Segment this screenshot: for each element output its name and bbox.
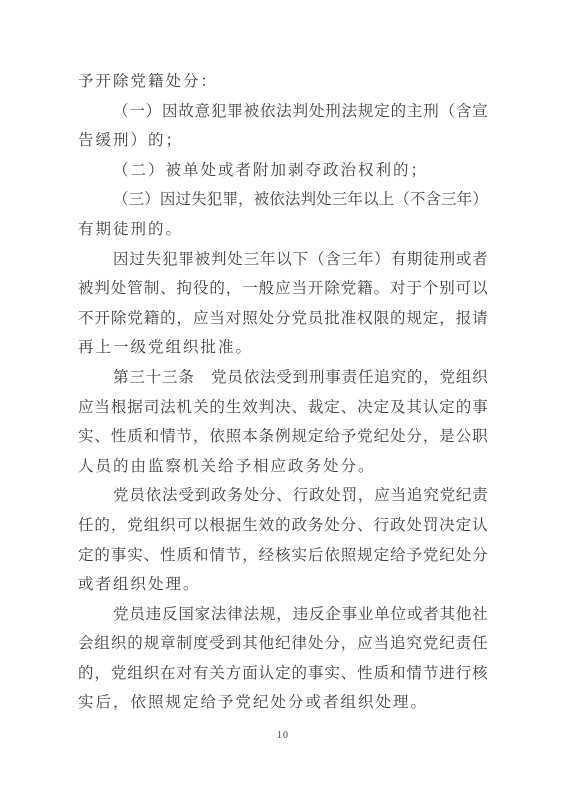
char: 刑	[423, 97, 439, 127]
char: 规	[291, 422, 307, 452]
char: 因	[113, 245, 129, 275]
char: 法	[276, 97, 292, 127]
char: 判	[94, 274, 110, 304]
char: 政	[291, 511, 307, 541]
char: 应	[78, 393, 94, 423]
char: 认	[423, 393, 439, 423]
char: 定	[439, 393, 455, 423]
char: 期	[407, 245, 423, 275]
char: 处	[309, 97, 325, 127]
text-line: 定的事实、性质和情节，经核实后依照规定给予党纪处分	[78, 541, 488, 571]
char: 。	[374, 274, 390, 304]
char: 被	[244, 97, 260, 127]
char: 依	[269, 185, 285, 215]
text-line: 被判处管制、拘役的，一般应当开除党籍。对于个别可以	[78, 274, 488, 304]
char: 员	[129, 600, 145, 630]
char: 关	[193, 393, 209, 423]
char: 处	[325, 481, 341, 511]
char: 刑	[309, 363, 325, 393]
document-page: 予开除党籍处分：（一）因故意犯罪被依法判处刑法规定的主刑（含宣告缓刑）的；（二）…	[0, 0, 566, 800]
char: 认	[472, 511, 488, 541]
text-line: 有期徒刑的。	[78, 215, 488, 245]
char: 第	[113, 363, 129, 393]
char: 故	[178, 97, 194, 127]
char: 织	[160, 511, 176, 541]
char: 节	[226, 541, 242, 571]
char: 党	[341, 274, 357, 304]
char: 织	[472, 363, 488, 393]
char: 事	[308, 659, 324, 689]
char: 刑	[440, 245, 456, 275]
char: 方	[226, 659, 242, 689]
char: 的	[127, 629, 143, 659]
char: 性	[357, 659, 373, 689]
char: 籍	[144, 304, 160, 334]
char: 分	[341, 511, 357, 541]
char: 、	[160, 274, 176, 304]
char: 社	[472, 600, 488, 630]
char: 企	[325, 600, 341, 630]
text-line: 予开除党籍处分：	[78, 67, 488, 97]
char: 性	[111, 422, 127, 452]
char: 罚	[423, 511, 439, 541]
char: 员	[227, 363, 243, 393]
char: 条	[259, 422, 275, 452]
char: （	[440, 97, 456, 127]
text-line: 或者组织处理。	[78, 570, 488, 600]
char: 罚	[342, 481, 358, 511]
char: 处	[406, 511, 422, 541]
document-body: 予开除党籍处分：（一）因故意犯罪被依法判处刑法规定的主刑（含宣告缓刑）的；（二）…	[78, 67, 488, 718]
char: 限	[374, 304, 390, 334]
char: 业	[358, 600, 374, 630]
char: 规	[357, 541, 373, 571]
char: 应	[275, 274, 291, 304]
char: 年	[260, 245, 276, 275]
char: 追	[374, 363, 390, 393]
char: ，	[439, 304, 455, 334]
char: ，	[193, 422, 209, 452]
char: 及	[390, 393, 406, 423]
char: 政	[390, 511, 406, 541]
char: 罪	[222, 185, 238, 215]
char: 别	[439, 274, 455, 304]
char: 应	[193, 304, 209, 334]
char: 有	[193, 659, 209, 689]
char: 三	[332, 185, 348, 215]
char: 追	[407, 481, 423, 511]
char: 政	[211, 481, 227, 511]
char: 其	[242, 629, 258, 659]
char: 党	[211, 363, 227, 393]
char: 处	[308, 629, 324, 659]
char: 被	[254, 185, 270, 215]
char	[195, 363, 211, 393]
char: 处	[456, 541, 472, 571]
char: 报	[456, 304, 472, 334]
char: ）	[146, 97, 162, 127]
char: 章	[160, 629, 176, 659]
char: 党	[127, 304, 143, 334]
char: ）	[472, 185, 488, 215]
char: 役	[193, 274, 209, 304]
char: 情	[160, 422, 176, 452]
char: 进	[439, 659, 455, 689]
char: 当	[94, 393, 110, 423]
text-line: （二）被单处或者附加剥夺政治权利的；	[78, 156, 488, 186]
char: 、	[357, 511, 373, 541]
char: ，	[238, 185, 254, 215]
char: 的	[456, 393, 472, 423]
char: 责	[472, 481, 488, 511]
char: 决	[275, 393, 291, 423]
char: 定	[324, 393, 340, 423]
text-line: 实后，依照规定给予党纪处分或者组织处理。	[78, 688, 488, 718]
char: 分	[260, 481, 276, 511]
text-line: （三）因过失犯罪，被依法判处三年以上（不含三年）	[78, 185, 488, 215]
char: 效	[242, 393, 258, 423]
char: ，	[423, 422, 439, 452]
char: 般	[259, 274, 275, 304]
char: 过	[176, 185, 192, 215]
char: 律	[291, 629, 307, 659]
char: 反	[309, 600, 325, 630]
char: 的	[291, 659, 307, 689]
char: 照	[226, 422, 242, 452]
char: 法	[162, 481, 178, 511]
char: 任	[78, 511, 94, 541]
char: 国	[178, 600, 194, 630]
char: 以	[363, 185, 379, 215]
char: 含	[426, 185, 442, 215]
char: ，	[358, 481, 374, 511]
text-line: 不开除党籍的，应当对照处分党员批准权限的规定，报请	[78, 304, 488, 334]
char: 事	[342, 600, 358, 630]
char: 党	[423, 629, 439, 659]
char: 组	[456, 363, 472, 393]
char: ，	[341, 629, 357, 659]
char: 纪	[439, 541, 455, 571]
char: 当	[209, 304, 225, 334]
char: 宣	[472, 97, 488, 127]
char: 应	[374, 481, 390, 511]
char: ，	[423, 363, 439, 393]
char: 三	[441, 185, 457, 215]
char: 处	[111, 274, 127, 304]
char: 犯	[162, 245, 178, 275]
text-line: 党员依法受到政务处分、行政处罚，应当追究党纪责	[78, 481, 488, 511]
char: 位	[391, 600, 407, 630]
char: 法	[244, 600, 260, 630]
char: 者	[472, 245, 488, 275]
char: 当	[374, 629, 390, 659]
char: 的	[275, 511, 291, 541]
char: 下	[293, 245, 309, 275]
char: 或	[456, 245, 472, 275]
char: 任	[472, 629, 488, 659]
char: ）	[144, 185, 160, 215]
char: 对	[390, 274, 406, 304]
char: 行	[456, 659, 472, 689]
char: 、	[144, 541, 160, 571]
char: 拘	[177, 274, 193, 304]
char: 给	[390, 541, 406, 571]
char: 当	[291, 274, 307, 304]
char: 生	[226, 393, 242, 423]
char: 个	[423, 274, 439, 304]
char: 除	[324, 274, 340, 304]
char: 定	[275, 659, 291, 689]
char: 党	[440, 363, 456, 393]
char: 刑	[325, 97, 341, 127]
char: 是	[439, 422, 455, 452]
char: 行	[374, 511, 390, 541]
char: 犯	[207, 185, 223, 215]
char: 他	[259, 629, 275, 659]
char: 关	[209, 659, 225, 689]
char: 受	[276, 363, 292, 393]
char: 定	[456, 511, 472, 541]
char: 本	[242, 422, 258, 452]
char: 法	[211, 600, 227, 630]
char: 在	[160, 659, 176, 689]
page-number: 10	[0, 729, 566, 743]
char: 上	[379, 185, 395, 215]
char: 度	[193, 629, 209, 659]
char: 、	[291, 393, 307, 423]
char: 徒	[423, 245, 439, 275]
char: 判	[301, 185, 317, 215]
char: 追	[390, 629, 406, 659]
char: 以	[472, 274, 488, 304]
char: 的	[160, 304, 176, 334]
char: 后	[308, 541, 324, 571]
char: 务	[227, 481, 243, 511]
char: 、	[94, 422, 110, 452]
char: 判	[293, 97, 309, 127]
char: 党	[111, 659, 127, 689]
char: 除	[111, 304, 127, 334]
char: 应	[357, 629, 373, 659]
char: 批	[324, 304, 340, 334]
char: 有	[391, 245, 407, 275]
char: 裁	[308, 393, 324, 423]
char: 处	[390, 422, 406, 452]
char: 究	[406, 629, 422, 659]
char: 的	[209, 393, 225, 423]
char: 到	[195, 481, 211, 511]
char: 予	[406, 541, 422, 571]
char: 认	[259, 659, 275, 689]
char: 职	[472, 422, 488, 452]
char: 其	[406, 393, 422, 423]
char: 行	[293, 481, 309, 511]
char: 定	[374, 97, 390, 127]
char: 含	[325, 245, 341, 275]
char: 会	[78, 629, 94, 659]
char: 法	[342, 97, 358, 127]
char: 照	[242, 304, 258, 334]
char: 定	[374, 541, 390, 571]
char: 受	[209, 629, 225, 659]
char: 纪	[439, 629, 455, 659]
char: 根	[111, 393, 127, 423]
char: 判	[259, 393, 275, 423]
char: 质	[177, 541, 193, 571]
text-line: （一）因故意犯罪被依法判处刑法规定的主刑（含宣	[78, 97, 488, 127]
char: 到	[226, 629, 242, 659]
char: 的	[390, 304, 406, 334]
char: 核	[275, 541, 291, 571]
char: 究	[391, 363, 407, 393]
char: 任	[358, 363, 374, 393]
char: 处	[259, 304, 275, 334]
char: 其	[440, 600, 456, 630]
char: 予	[341, 422, 357, 452]
char: 定	[423, 304, 439, 334]
char: 事	[325, 363, 341, 393]
char: 定	[374, 393, 390, 423]
char: 责	[342, 363, 358, 393]
char: 实	[78, 422, 94, 452]
char: 开	[94, 304, 110, 334]
text-line: 应当根据司法机关的生效判决、裁定、决定及其认定的事	[78, 393, 488, 423]
char: 处	[227, 245, 243, 275]
char: 面	[242, 659, 258, 689]
char: 法	[260, 363, 276, 393]
char: 的	[209, 274, 225, 304]
char: 年	[358, 245, 374, 275]
char: （	[113, 185, 129, 215]
char: 员	[308, 304, 324, 334]
text-line: 实、性质和情节，依照本条例规定给予党纪处分，是公职	[78, 422, 488, 452]
char: 、	[276, 481, 292, 511]
char: 司	[144, 393, 160, 423]
char: 的	[78, 659, 94, 689]
char: 到	[293, 363, 309, 393]
text-line: 任的，党组织可以根据生效的政务处分、行政处罚决定认	[78, 511, 488, 541]
char: 和	[193, 541, 209, 571]
char: 究	[423, 481, 439, 511]
char: 织	[111, 629, 127, 659]
char: 核	[472, 659, 488, 689]
char: 分	[324, 629, 340, 659]
char: 例	[275, 422, 291, 452]
char: 权	[357, 304, 373, 334]
char: 因	[162, 97, 178, 127]
char: 对	[226, 304, 242, 334]
char: 实	[291, 541, 307, 571]
char: 三	[129, 363, 145, 393]
char: 节	[177, 422, 193, 452]
char: 法	[160, 393, 176, 423]
char: 失	[191, 185, 207, 215]
char: 、	[341, 659, 357, 689]
char: 和	[390, 659, 406, 689]
char: 判	[211, 245, 227, 275]
char: 织	[144, 659, 160, 689]
char: 罪	[178, 245, 194, 275]
char: 反	[162, 600, 178, 630]
char: 党	[127, 511, 143, 541]
char: 照	[341, 541, 357, 571]
char: 法	[285, 185, 301, 215]
char: 处	[244, 481, 260, 511]
char: 制	[144, 274, 160, 304]
char: 他	[456, 600, 472, 630]
char: 被	[78, 274, 94, 304]
text-line: 告缓刑）的；	[78, 126, 488, 156]
char: 员	[129, 481, 145, 511]
char: 分	[472, 541, 488, 571]
char: 党	[113, 481, 129, 511]
char: 过	[129, 245, 145, 275]
char: （	[113, 97, 129, 127]
char: 依	[324, 541, 340, 571]
char: 机	[177, 393, 193, 423]
char: 年	[347, 185, 363, 215]
char: 处	[324, 511, 340, 541]
char: 党	[423, 541, 439, 571]
char: 对	[177, 659, 193, 689]
char: 党	[113, 600, 129, 630]
char: 组	[127, 659, 143, 689]
char: 组	[94, 629, 110, 659]
char: 依	[244, 363, 260, 393]
char: 违	[146, 600, 162, 630]
char: 罪	[227, 97, 243, 127]
text-line: 人员的由监察机关给予相应政务处分。	[78, 452, 488, 482]
char: 规	[406, 304, 422, 334]
char: 决	[357, 393, 373, 423]
char: 定	[308, 422, 324, 452]
char: 经	[259, 541, 275, 571]
char: 律	[227, 600, 243, 630]
char: 年	[457, 185, 473, 215]
char: 违	[293, 600, 309, 630]
char: 受	[178, 481, 194, 511]
char: 实	[127, 541, 143, 571]
char: ，	[94, 659, 110, 689]
char: 者	[423, 600, 439, 630]
char: 条	[178, 363, 194, 393]
char: 十	[146, 363, 162, 393]
char: 处	[316, 185, 332, 215]
char: 党	[291, 304, 307, 334]
char: 因	[160, 185, 176, 215]
char: 依	[260, 97, 276, 127]
char: 失	[146, 245, 162, 275]
char: ，	[276, 600, 292, 630]
char: 情	[406, 659, 422, 689]
char: 节	[423, 659, 439, 689]
char: 不	[410, 185, 426, 215]
char: 责	[456, 629, 472, 659]
char: 定	[78, 541, 94, 571]
char: 分	[275, 304, 291, 334]
char: 性	[160, 541, 176, 571]
char: 、	[341, 393, 357, 423]
char: 请	[472, 304, 488, 334]
char: 籍	[357, 274, 373, 304]
char: 主	[407, 97, 423, 127]
char: 纪	[275, 629, 291, 659]
char: ，	[242, 541, 258, 571]
text-line: 的，党组织在对有关方面认定的事实、性质和情节进行核	[78, 659, 488, 689]
char: 当	[391, 481, 407, 511]
char: 一	[242, 274, 258, 304]
char: 的	[407, 363, 423, 393]
